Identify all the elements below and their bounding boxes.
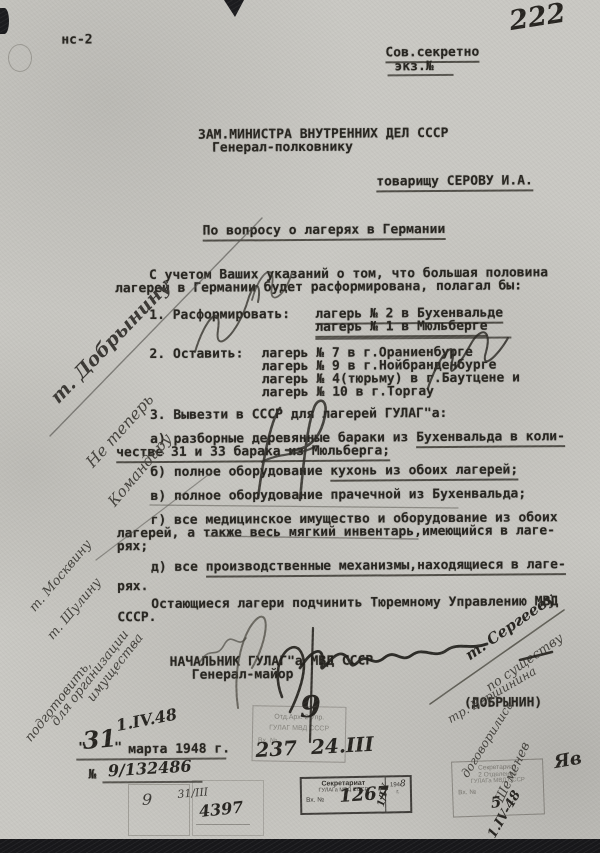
registry-box-1 xyxy=(128,784,190,836)
sub-g-line2: лагерей, а также весь мягкий инвентарь,и… xyxy=(117,524,555,540)
sub-d-line2: рях. xyxy=(117,580,148,593)
sub-g-line3: рях; xyxy=(117,540,148,553)
copy-underline xyxy=(388,74,454,76)
item1-camp2: лагерь № 1 в Мюльберге xyxy=(315,320,487,334)
header-addressee-2: Генерал-полковнику xyxy=(212,141,353,155)
doc-title: По вопросу о лагерях в Германии xyxy=(203,223,446,238)
sub-b-line: б) полное оборудование кухонь из обоих л… xyxy=(150,463,518,479)
header-recipient: товарищу СЕРОВУ И.А. xyxy=(376,174,533,188)
sub-v-line: в) полное оборудование прачечной из Бухе… xyxy=(150,487,526,503)
handwritten-day: 31 xyxy=(81,723,117,755)
sub-d-line1: д) все производственные механизмы,находя… xyxy=(151,558,566,574)
stamp-line: Отд.Арх. 2 Упр. xyxy=(253,713,345,722)
handwritten-stamp-number: 1267 xyxy=(339,783,390,807)
stamp-line: Вх. № xyxy=(253,737,345,746)
ref-number-handwritten: 9/132486 xyxy=(107,756,192,780)
classification-secret: Сов.секретно xyxy=(385,46,479,60)
ref-label: № xyxy=(88,768,96,781)
stamp-line: ГУЛАГ МВД СССР xyxy=(253,724,345,733)
date-text: марта 1948 г. xyxy=(128,742,230,756)
item1-double-underline xyxy=(315,337,511,340)
body-intro-2: лагерей в Германии будет расформирована,… xyxy=(115,279,522,295)
ref-underline xyxy=(102,781,202,783)
registry-box-2 xyxy=(192,780,264,836)
classification-copy: экз.№ xyxy=(394,60,433,73)
item1-label: 1. Расформировать: xyxy=(149,308,290,322)
stamp-archive-faint: Отд.Арх. 2 Упр. ГУЛАГ МВД СССР Вх. № xyxy=(252,705,347,763)
doc-code: нс-2 xyxy=(61,33,92,46)
scanned-document-page: нс-2 Сов.секретно экз.№ ЗАМ.МИНИСТРА ВНУ… xyxy=(0,0,600,853)
item3-line: 3. Вывезти в СССР для лагерей ГУЛАГ"а: xyxy=(150,407,448,422)
closing-line1: Остающиеся лагери подчинить Тюремному Уп… xyxy=(151,595,558,611)
closing-line2: СССР. xyxy=(117,611,156,624)
item2-label: 2. Оставить: xyxy=(149,347,243,361)
handwritten-year-digit: 8 xyxy=(400,779,406,789)
signer-position-2: Генерал-майор xyxy=(192,668,294,682)
item2-camp4: лагерь № 10 в г.Торгау xyxy=(262,385,434,399)
